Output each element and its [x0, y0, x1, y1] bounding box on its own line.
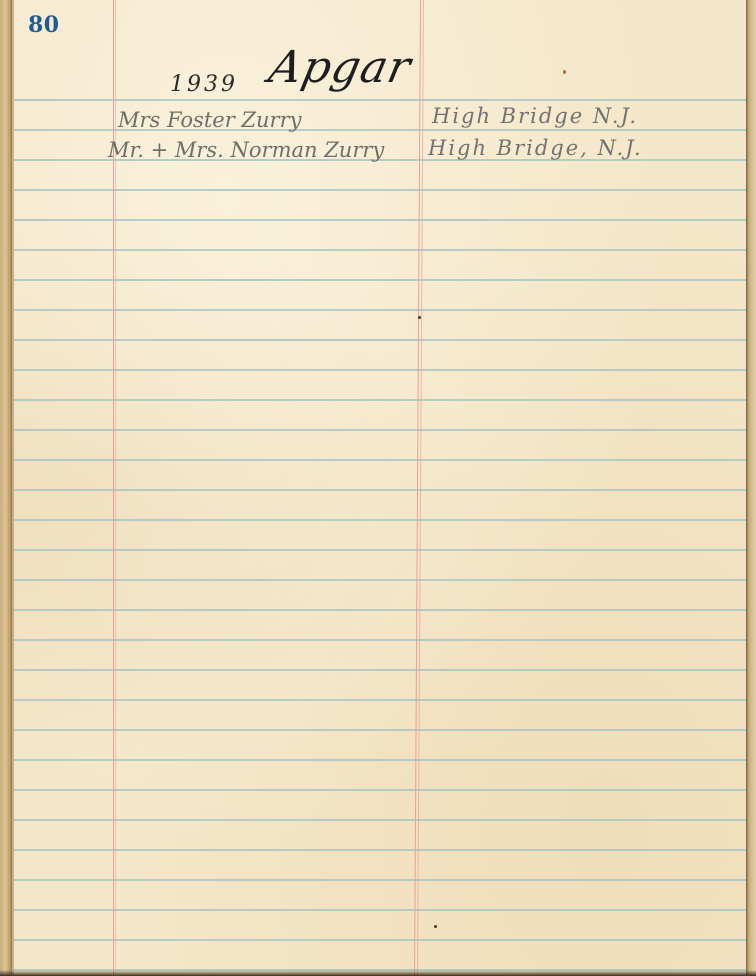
entry-name: Mrs Foster Zurry: [118, 108, 301, 132]
rule-line: [14, 339, 746, 341]
page-number: 80: [28, 12, 60, 38]
entry-place: High Bridge, N.J.: [428, 136, 643, 160]
binding-crease: [12, 0, 14, 976]
rule-line: [14, 879, 746, 881]
binding-edge: [0, 0, 12, 976]
column-divider-line-2: [417, 0, 424, 976]
rule-line: [14, 219, 746, 221]
rule-line: [14, 699, 746, 701]
header-surname: Apgar: [265, 42, 416, 93]
rule-line: [14, 939, 746, 941]
rule-line: [14, 819, 746, 821]
rule-line: [14, 609, 746, 611]
paper-speck: [563, 70, 566, 74]
rule-line: [14, 279, 746, 281]
ledger-page: 80 1939 Apgar Mrs Foster Zurry High Brid…: [0, 0, 756, 976]
entry-place: High Bridge N.J.: [432, 104, 638, 128]
paper-speck: [434, 925, 437, 928]
rule-line: [14, 369, 746, 371]
paper-speck: [418, 316, 421, 319]
rule-line: [14, 669, 746, 671]
rule-line: [14, 729, 746, 731]
header-year: 1939: [170, 72, 238, 97]
rule-line: [14, 249, 746, 251]
rule-line: [14, 579, 746, 581]
rule-line: [14, 639, 746, 641]
page-bottom-edge: [0, 970, 756, 976]
rule-line: [14, 99, 746, 101]
rule-line: [14, 759, 746, 761]
page-right-edge: [746, 0, 756, 976]
rule-line: [14, 789, 746, 791]
entry-name: Mr. + Mrs. Norman Zurry: [108, 138, 384, 162]
rule-line: [14, 399, 746, 401]
rule-line: [14, 429, 746, 431]
rule-line: [14, 489, 746, 491]
rule-line: [14, 909, 746, 911]
rule-line: [14, 309, 746, 311]
rule-line: [14, 459, 746, 461]
rule-line: [14, 849, 746, 851]
rule-line: [14, 549, 746, 551]
rule-line: [14, 189, 746, 191]
rule-line: [14, 519, 746, 521]
